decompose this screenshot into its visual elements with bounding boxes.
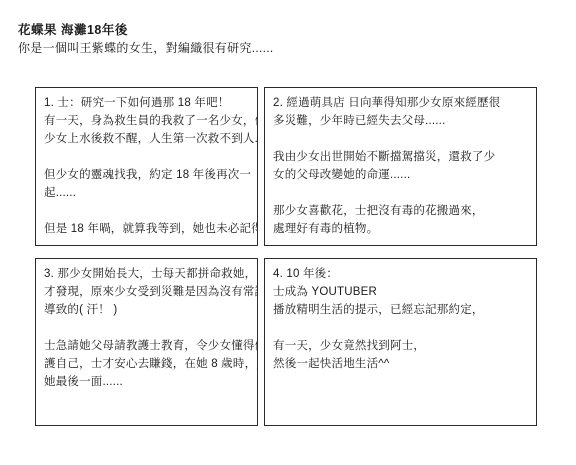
text-line: 女的父母改變她的命運...... [273, 166, 533, 184]
text-line [44, 148, 254, 166]
text-line: 處理好有毒的植物。 [273, 220, 533, 238]
text-line [273, 319, 533, 337]
text-line: 士成為 YOUTUBER [273, 283, 533, 301]
text-line: 3. 那少女開始長大，士每天都拼命救她， [44, 265, 254, 283]
text-line [44, 202, 254, 220]
text-line: 1. 士：研究一下如何過那 18 年吧！ [44, 94, 254, 112]
text-line: 那少女喜歡花，士把沒有毒的花搬過來， [273, 202, 533, 220]
story-panel-2: 2. 經過萌具店 日向華得知那少女原來經歷很多災難，少年時已經失去父母.....… [264, 87, 537, 246]
story-panel-4: 4. 10 年後：士成為 YOUTUBER播放精明生活的提示，已經忘記那約定，有… [264, 258, 537, 426]
text-line: 起...... [44, 184, 254, 202]
text-line: 但少女的靈魂找我，約定 18 年後再次一 [44, 166, 254, 184]
text-line: 播放精明生活的提示，已經忘記那約定， [273, 301, 533, 319]
text-line: 少女上水後救不醒，人生第一次救不到人...... [44, 130, 254, 148]
text-line: 才發現，原來少女受到災難是因為沒有常識 [44, 283, 254, 301]
text-line: 但是 18 年喎，就算我等到，她也未必記得。 [44, 220, 254, 238]
story-panel-1: 1. 士：研究一下如何過那 18 年吧！有一天，身為救生員的我救了一名少女，但少… [35, 87, 258, 246]
text-line: 士急請她父母請教護士教育，令少女懂得保 [44, 337, 254, 355]
text-line: 有一天，身為救生員的我救了一名少女，但 [44, 112, 254, 130]
story-panel-3: 3. 那少女開始長大，士每天都拼命救她，才發現，原來少女受到災難是因為沒有常識導… [35, 258, 258, 426]
text-line [273, 130, 533, 148]
doc-title: 花蝶果 海灘18年後 [18, 20, 128, 38]
text-line: 多災難，少年時已經失去父母...... [273, 112, 533, 130]
text-line: 2. 經過萌具店 日向華得知那少女原來經歷很 [273, 94, 533, 112]
text-line [273, 184, 533, 202]
document-page: 花蝶果 海灘18年後 你是一個叫王紫蝶的女生，對編織很有研究...... 1. … [0, 0, 576, 465]
text-line: 我由少女出世開始不斷擋駕擋災，還救了少 [273, 148, 533, 166]
text-line: 她最後一面...... [44, 373, 254, 391]
text-line: 4. 10 年後： [273, 265, 533, 283]
text-line: 導致的( 汗！ ) [44, 301, 254, 319]
doc-subtitle: 你是一個叫王紫蝶的女生，對編織很有研究...... [18, 39, 274, 56]
text-line: 護自己，士才安心去賺錢，在她 8 歲時，見 [44, 355, 254, 373]
text-line: 有一天，少女竟然找到阿士， [273, 337, 533, 355]
text-line [44, 319, 254, 337]
text-line: 然後一起快活地生活^^ [273, 355, 533, 373]
